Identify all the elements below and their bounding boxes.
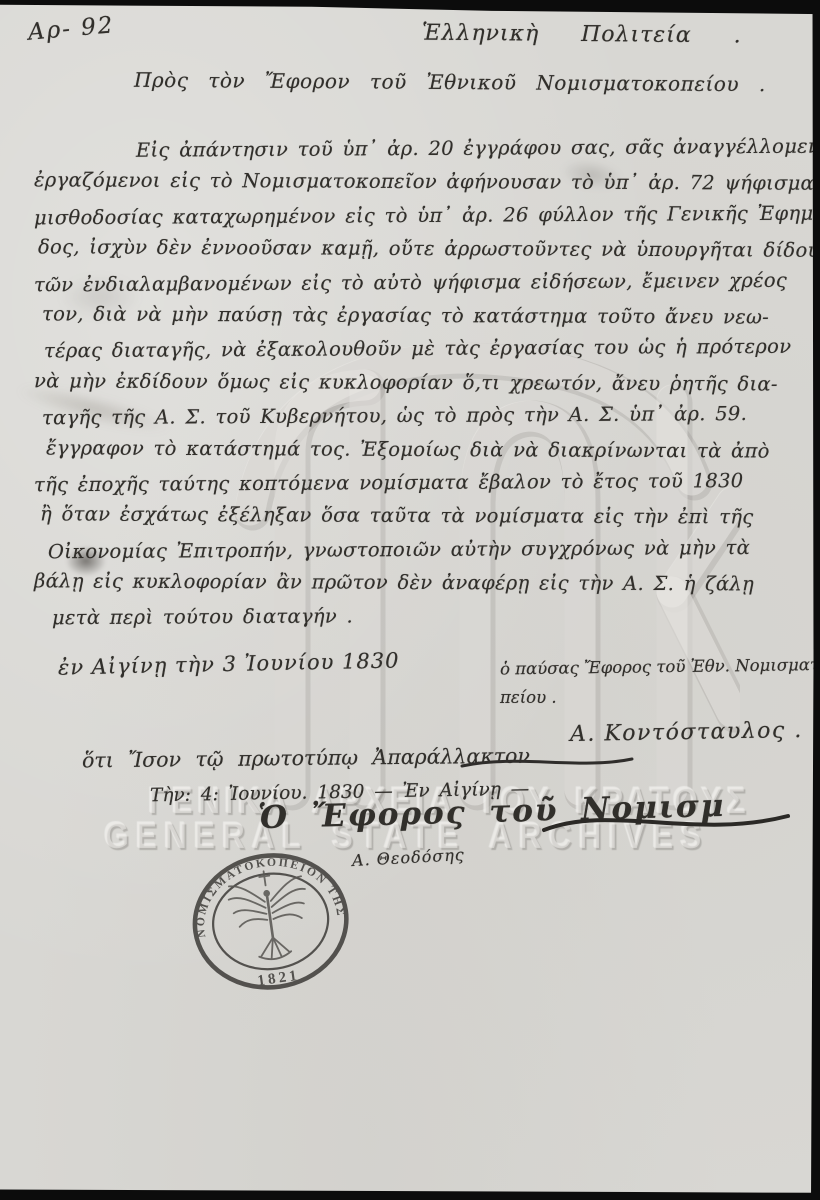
certifier-name: Α. Θεοδόσης: [352, 845, 466, 870]
signature-kontostavlos: Α. Κοντόσταυλος .: [570, 718, 803, 747]
scanned-document-page: ΓΕΝΙΚΑ ΑΡΧΕΙΑ ΤΟΥ ΚΡΑΤΟΥΣ GENERAL STATE …: [0, 0, 820, 1200]
letter-body: Εἰς ἀπάντησιν τοῦ ὑπ᾽ ἀρ. 20 ἐγγράφου σα…: [34, 137, 810, 638]
flourish-stroke: [458, 752, 638, 774]
archive-number: Αρ- 92: [27, 12, 115, 45]
body-line: ἔγγραφον τὸ κατάστημά τος. Ἐξομοίως διὰ …: [34, 436, 810, 473]
ink-blot: [66, 546, 106, 576]
sender-title-line2: πείου .: [500, 688, 557, 707]
body-line: ἐργαζόμενοι εἰς τὸ Νομισματοκοπεῖον ἀφήν…: [34, 169, 810, 206]
body-line: τῶν ἐνδιαλαμβανομένων εἰς τὸ αὐτὸ ψήφισμ…: [34, 268, 810, 306]
mint-stamp: ΝΟΜΙΣΜΑΤΟΚΟΠΕΙΟΝ ΤΗΣ ΕΛΛΑΔΟΣ 1821: [165, 823, 381, 1017]
body-line: δος, ἰσχὺν δὲν ἐννοοῦσαν καμῇ, οὔτε ἀρρω…: [34, 235, 810, 272]
phoenix-icon: [226, 866, 314, 964]
body-line: μετὰ περὶ τούτου διαταγήν .: [34, 602, 810, 640]
body-line: ἢ ὅταν ἐσχάτως ἐξέληξαν ὅσα ταῦτα τὰ νομ…: [34, 503, 810, 540]
body-line: μισθοδοσίας καταχωρημένον εἰς τὸ ὑπ᾽ ἀρ.…: [34, 201, 810, 239]
body-line: τον, διὰ νὰ μὴν παύσῃ τὰς ἐργασίας τὸ κα…: [34, 302, 810, 339]
body-line: Εἰς ἀπάντησιν τοῦ ὑπ᾽ ἀρ. 20 ἐγγράφου σα…: [34, 135, 810, 173]
sender-title-line1: ὁ παύσας Ἔφορος τοῦ Ἐθν. Νομισματοκο-: [500, 655, 820, 679]
body-line: τέρας διαταγῆς, νὰ ἐξακολουθοῦν μὲ τὰς ἐ…: [34, 335, 810, 373]
signature-flourish-stroke: [540, 800, 795, 842]
addressee-line: Πρὸς τὸν Ἔφορον τοῦ Ἐθνικοῦ Νομισματοκοπ…: [134, 68, 766, 96]
body-line: νὰ μὴν ἐκδίδουν ὅμως εἰς κυκλοφορίαν ὅ,τ…: [34, 369, 810, 406]
body-line: ταγῆς τῆς Α. Σ. τοῦ Κυβερνήτου, ὡς τὸ πρ…: [34, 402, 810, 440]
body-line: τῆς ἐποχῆς ταύτης κοπτόμενα νομίσματα ἔβ…: [34, 469, 810, 507]
date-place-line: ἐν Αἰγίνῃ τὴν 3 Ἰουνίου 1830: [58, 648, 400, 679]
body-line: βάλῃ εἰς κυκλοφορίαν ἂν πρῶτον δὲν ἀναφέ…: [34, 569, 810, 606]
body-line: Οἰκονομίας Ἐπιτροπήν, γνωστοποιῶν αὐτὴν …: [34, 535, 810, 573]
handwriting-layer: Αρ- 92 Ἑλληνικὴ Πολιτεία . Πρὸς τὸν Ἔφορ…: [0, 0, 820, 1200]
document-title: Ἑλληνικὴ Πολιτεία .: [422, 21, 742, 49]
